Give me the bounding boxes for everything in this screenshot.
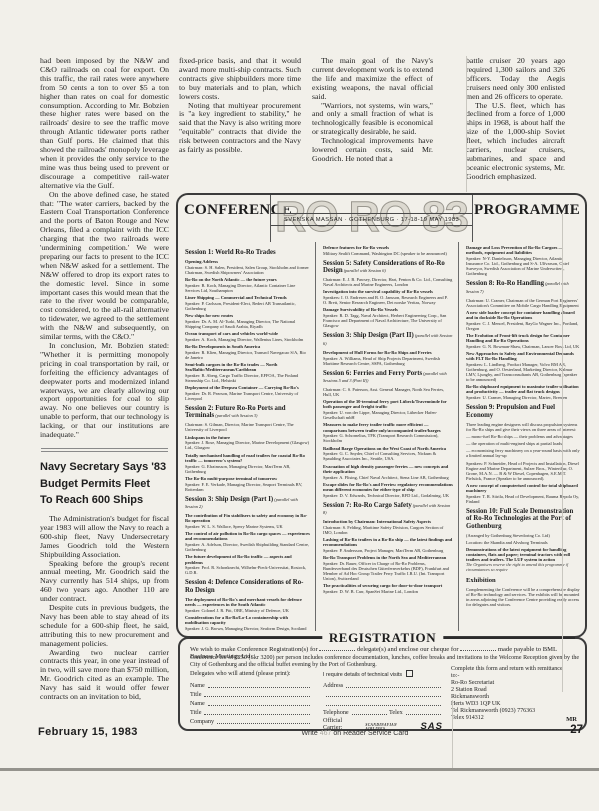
programme-text: Chairman: S. Felding, Maritime Safety Di… [323, 525, 453, 535]
title-field-1[interactable] [204, 691, 310, 697]
conference-programme-box: CONFERENCE PROGRAMME RO RO 83 SVENSKA MA… [176, 193, 587, 638]
address-line: Herts WD3 1QP UK [451, 701, 571, 708]
programme-text: Speaker: R. D. Tagg, Naval Architect, He… [323, 313, 453, 328]
programme-text: Speaker: B. Koch, Managing Director, Atl… [185, 283, 310, 293]
form-row: Name [190, 700, 312, 707]
article-column-3: The main goal of the Navy's current deve… [312, 57, 433, 164]
session-heading: Session 1: World Ro-Ro Trades [185, 249, 310, 257]
section-divider [41, 448, 168, 453]
programme-text: Speakers: I. O. Endresen and B. O. Janss… [323, 295, 453, 305]
title-label: Title [190, 691, 201, 698]
header-divider [472, 195, 473, 242]
registration-text: We wish to make Conference Registration(… [190, 646, 318, 653]
technical-visits-option: I require details of technical visits [323, 670, 413, 678]
session-heading: Session 7: Ro-Ro Cargo Safety (parallel … [323, 502, 453, 517]
article-paragraph: The main goal of the Navy's current deve… [312, 57, 433, 102]
talk-title: Defence features for Ro-Ro vessels [323, 245, 453, 250]
session-note: (parallel with Session 2) [185, 497, 298, 510]
article-paragraph: Awarding two nuclear carrier contracts t… [40, 649, 169, 702]
programme-text: Speaker: Dr. Bauer, Officer in Charge of… [323, 561, 453, 581]
talk-title: New ships for new routes [185, 313, 310, 318]
company-label: Company [190, 718, 214, 725]
talk-title: Semi-bulk cargoes in the Ro-Ro trades — … [185, 362, 310, 372]
article-paragraph: Despite cuts in previous budgets, the Na… [40, 604, 169, 649]
address-line: Rickmansworth [451, 694, 571, 701]
article-paragraph: had been imposed by the N&W and C&O rail… [40, 57, 169, 191]
name-field-1[interactable] [208, 682, 310, 688]
article-paragraph: Noting that multiyear procurement is "a … [179, 102, 301, 155]
remittance-block: Complete this form and return with remit… [451, 666, 571, 722]
programme-text: Speaker: J. G. Brown, Managing Director,… [185, 626, 310, 631]
programme-text: Speaker: B. Aberg, Cargo Traffic Directo… [185, 373, 310, 383]
programme-text: Chairman: S. Gilman, Director, Marine Tr… [185, 422, 310, 432]
reader-service-text: Write [302, 730, 318, 737]
reader-service-note: Write 467 on Reader Service Card [255, 730, 455, 737]
programme-text: Speaker: A. Koch, Managing Director, Wal… [185, 337, 310, 342]
programme-body: Session 1: World Ro-Ro TradesOpening Add… [178, 242, 585, 631]
programme-text: Military Sealift Command, Washington DC … [323, 251, 453, 256]
talk-title: Liner Shipping — Commercial and Technica… [185, 295, 310, 300]
headline-line: Navy Secretary Says '83 [40, 459, 169, 476]
programme-text: Speaker: P. Carlsson, President-Elect, R… [185, 301, 310, 311]
programme-text: Speaker: Colonel J. R. Pitt, OBE, Minist… [185, 608, 310, 613]
programme-text: Speaker: Prof. R. Schonknecht, Wilhelm-P… [185, 565, 310, 575]
registration-title-rule [442, 637, 575, 640]
talk-title: Investigation into the survival capabili… [323, 289, 453, 294]
article-paragraph: Technological improvements have lowered … [312, 137, 433, 164]
talk-title: Opening Address [185, 259, 310, 264]
talk-title: Considerations for a Ro-Ro/Lo-Lo contain… [185, 615, 310, 625]
programme-text: Speaker: J. Rose, Managing Director, Mar… [185, 440, 310, 450]
talk-title: The future development of Ro-Ro traffic … [185, 554, 310, 564]
talk-title: Linkspans in the future [185, 435, 310, 440]
title-field-2[interactable] [204, 709, 310, 715]
talk-title: The contribution of Fin stabilisers to s… [185, 513, 310, 523]
programme-text: Speaker: Dr. R. Pearson, Marine Transpor… [185, 391, 310, 401]
article-paragraph: fixed-price basis, and that it would awa… [179, 57, 301, 102]
session-note: (parallel with Session 7) [466, 281, 569, 294]
programme-text: Speaker: G. Schornelius, TFK (Transport … [323, 433, 453, 443]
registration-text: delegate(s) and enclose our cheque for [357, 646, 459, 653]
session-heading: Session 3: Ship Design (Part I) (paralle… [185, 496, 310, 511]
talk-title: Deployment of the Deepsea Container — Ca… [185, 385, 310, 390]
talk-title: The Ro-Ro multi-purpose terminal of tomo… [185, 476, 310, 481]
scan-crease [562, 214, 563, 692]
form-row: Title [190, 691, 312, 698]
form-row: Company [190, 718, 312, 725]
reader-service-number: 467 [320, 730, 332, 737]
programme-title: PROGRAMME [474, 202, 580, 219]
carrier-label: Official Carrier: [323, 717, 362, 731]
article-column-4: battle cruiser 20 years ago required 1,3… [466, 57, 565, 182]
programme-column-1: Session 1: World Ro-Ro TradesOpening Add… [178, 242, 315, 631]
session-heading: Session 4: Defence Considerations of Ro-… [185, 579, 310, 594]
registration-title-rule [190, 637, 323, 640]
form-row: Title [190, 709, 312, 716]
programme-text: Speaker: D. V. Edwards, Technical Direct… [323, 493, 453, 498]
session-note: (parallel with Session 6) [343, 268, 386, 273]
navy-article-headline: Navy Secretary Says '83 Budget Permits F… [40, 459, 169, 509]
delegates-label: Delegates who will attend (please print)… [190, 670, 291, 677]
talk-title: Ro-Ro on the North Atlantic — the future… [185, 277, 310, 282]
form-row: Name [190, 682, 312, 689]
headline-line: Budget Permits Fleet [40, 476, 169, 493]
talk-title: Totally mechanised handling of road trai… [185, 453, 310, 463]
secretariat-telex: Telex 914312 [451, 715, 571, 722]
venue-date-line: SVENSKA MASSAN · GOTHENBURG · 17-18-19 M… [271, 213, 472, 226]
article-paragraph: Speaking before the group's recent annua… [40, 560, 169, 605]
technical-visits-checkbox[interactable] [406, 670, 413, 677]
session-heading: Session 2: Future Ro-Ro Ports and Termin… [185, 405, 310, 420]
magazine-page: had been imposed by the N&W and C&O rail… [0, 0, 599, 811]
address-label: Address [323, 682, 343, 689]
talk-title: Lashing of Ro-Ro trailers in a Ro-Ro shi… [323, 537, 453, 547]
remittance-note: Complete this form and return with remit… [451, 666, 571, 680]
form-row: Telephone Telex [323, 709, 443, 716]
coupon-code: MR [566, 716, 577, 723]
page-number: 27 [570, 724, 583, 736]
reader-service-text: on Reader Service Card [333, 730, 408, 737]
session-note: (parallel with Session 3) [214, 413, 257, 418]
article-column-2: fixed-price basis, and that it would awa… [179, 57, 301, 155]
programme-text: Chairman: C. S. Paterson, Asst. General … [323, 387, 453, 397]
talk-title: Operation of the 30-terminal ferry port … [323, 399, 453, 409]
delegate-count-field[interactable] [319, 644, 355, 651]
talk-title: Ocean transport of cars and vehicles wor… [185, 331, 310, 336]
telephone-label: Telephone [323, 709, 349, 716]
article-paragraph: battle cruiser 20 years ago required 1,3… [466, 57, 565, 102]
session-heading: Session 3: Ship Design (Part II) (parall… [323, 332, 453, 347]
session-note: (parallel with Session 6) [323, 333, 452, 346]
talk-title: Escape slides for Ro-Ro's and Ferries: r… [323, 482, 453, 492]
cheque-amount-field[interactable] [460, 644, 496, 651]
talk-title: Railhead Barge Operations on the West Co… [323, 446, 453, 451]
conference-header: CONFERENCE PROGRAMME RO RO 83 SVENSKA MA… [178, 195, 585, 242]
address-field-1[interactable] [346, 682, 441, 688]
talk-title: The control of air pollution in Ro-Ro ca… [185, 531, 310, 541]
form-row: Address [323, 682, 443, 689]
article-paragraph: "Warriors, not systems, win wars," and o… [312, 102, 433, 138]
registration-box: REGISTRATION We wish to make Conference … [178, 637, 587, 731]
title-label: Title [190, 709, 201, 716]
name-field-2[interactable] [208, 700, 310, 706]
remittance-address: Ro-Ro Secretariat2 Station RoadRickmansw… [451, 680, 571, 708]
telex-label: Telex [389, 709, 403, 716]
programme-text: Speaker: A. Flising, Chief Naval Archite… [323, 475, 453, 480]
programme-text: Speaker: A. Adelson, Director, Swedish S… [185, 542, 310, 552]
company-field[interactable] [217, 718, 310, 724]
talk-title: The deployment of Ro-Ro's and merchant v… [185, 597, 310, 607]
address-field-2[interactable] [326, 691, 441, 697]
address-field-3[interactable] [326, 700, 441, 706]
talk-title: The practicalities of securing cargo for… [323, 583, 453, 588]
article-paragraph: The U.S. fleet, which has declined from … [466, 102, 565, 182]
session-heading: Session 5: Safety Considerations of Ro-R… [323, 260, 453, 275]
programme-text: Speaker: P. Andersson, Project Manager, … [323, 548, 453, 553]
programme-text: Chairman: E. J. B. Pawsey, Director, Har… [323, 277, 453, 287]
talk-title: Damage Survivability of Ro-Ro Vessels [323, 307, 453, 312]
programme-text: Speaker: W. L. S. Wallace, Sperry Marine… [185, 524, 310, 529]
programme-column-2: Defence features for Ro-Ro vesselsMilita… [316, 242, 458, 631]
session-heading: Session 6: Ferries and Ferry Ports (para… [323, 370, 453, 385]
form-row [323, 691, 443, 698]
programme-text: Chairman: S. H. Salen, President, Salen … [185, 265, 310, 275]
talk-title: Development of Hull Forms for Ro-Ro Ship… [323, 350, 453, 355]
address-line: 2 Station Road [451, 687, 571, 694]
programme-text: Speaker: R. Klien, Managing Director, Tr… [185, 350, 310, 360]
talk-title: Evacuation of high density passenger fer… [323, 464, 453, 474]
technical-visits-label: I require details of technical visits [323, 672, 402, 678]
talk-title: Measures to make ferry trailer traffic m… [323, 422, 453, 432]
headline-line: To Reach 600 Ships [40, 492, 169, 509]
talk-title: Ro-Ro Developments in South America [185, 344, 310, 349]
article-column-1: had been imposed by the N&W and C&O rail… [40, 57, 169, 721]
address-line: Ro-Ro Secretariat [451, 680, 571, 687]
programme-text: Speaker: G. Efraimsson, Managing Directo… [185, 464, 310, 474]
issue-date: February 15, 1983 [38, 726, 138, 738]
programme-text: Speaker: U. von der Lippe, Managing Dire… [323, 410, 453, 420]
session-note: (parallel with Session 8) [323, 503, 450, 516]
article-paragraph: On the above defined case, he stated tha… [40, 191, 169, 342]
telephone-field[interactable] [352, 709, 387, 715]
talk-title: Introduction by Chairman: International … [323, 519, 453, 524]
scan-crease [452, 700, 453, 768]
name-label: Name [190, 682, 205, 689]
scan-crease [466, 56, 467, 192]
telex-field[interactable] [406, 709, 441, 715]
programme-column-3: Damage and Loss Prevention of Ro-Ro Carg… [459, 242, 585, 631]
programme-text: Speaker: Dr. A. M. Al-Turki, Managing Di… [185, 319, 310, 329]
article-paragraph: In conclusion, Mr. Bobzien stated: "Whet… [40, 342, 169, 440]
programme-text: Speaker: A. Williams, Head of Ship Proje… [323, 356, 453, 366]
session-note: (parallel with Sessions 5 and 3 (Part II… [323, 371, 447, 384]
article-paragraph: The Administration's budget for fiscal y… [40, 515, 169, 560]
programme-text: Speaker: G. C. Snyder, Chief of Consulti… [323, 451, 453, 461]
official-carrier-row: Official Carrier: SCANDINAVIAN AIRLINES … [323, 717, 443, 731]
programme-text: Speaker: D. W. B. Carr, SpanSet Marine L… [323, 589, 453, 594]
talk-title: Ro-Ro Transport Problems in the North Se… [323, 555, 453, 560]
secretariat-telephone: Tel Rickmansworth (0923) 776363 [451, 708, 571, 715]
programme-text: Speaker: F. E. Verkade, Managing Directo… [185, 482, 310, 492]
form-row [323, 700, 443, 707]
name-label: Name [190, 700, 205, 707]
page-bottom-rule [0, 768, 599, 771]
